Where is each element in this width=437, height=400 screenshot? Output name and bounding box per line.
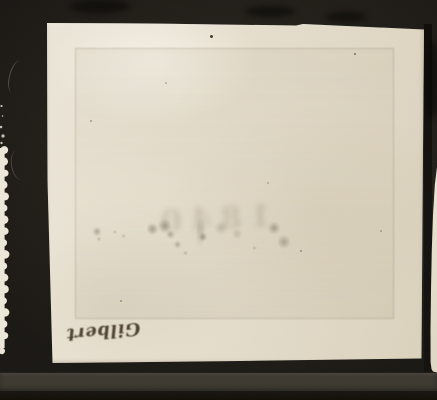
expert-signature-text: Gilbert [59,314,147,347]
show-through-mark [252,246,257,250]
stamp-back-paper: 1840 Gilbert [47,22,425,364]
show-through-mark [147,222,158,236]
show-through-mark [278,234,290,250]
paper-speck [300,250,302,252]
show-through-mark [121,234,126,238]
expert-signature: Gilbert [59,312,147,347]
paper-speck [267,182,269,184]
design-impression [75,48,394,319]
show-through-mark [199,232,207,242]
paper-speck [210,35,213,38]
paper-speck [90,120,92,122]
paper-speck [165,82,167,84]
paper-speck [354,53,356,55]
background-blotch [325,12,367,22]
show-through-mark [97,237,101,241]
paper-speck [380,230,382,232]
dust-fiber [5,59,28,96]
neighbor-stamp-perforated-edge [0,100,13,370]
show-through-mark [268,221,280,235]
show-through-mark [93,226,101,237]
show-through-mark [113,230,117,234]
background-blotch [70,0,130,13]
stamp-photo-scene: 1840 Gilbert [0,0,437,400]
show-through-mark [231,229,243,239]
paper-speck [120,300,122,302]
background-blotch [245,6,295,17]
photo-bottom-shadow [0,391,437,400]
show-through-mark [173,241,182,248]
show-through-mark [213,222,229,234]
album-mount-edge-band [0,372,437,392]
show-through-mark [183,251,188,255]
show-through-mark [166,230,175,239]
